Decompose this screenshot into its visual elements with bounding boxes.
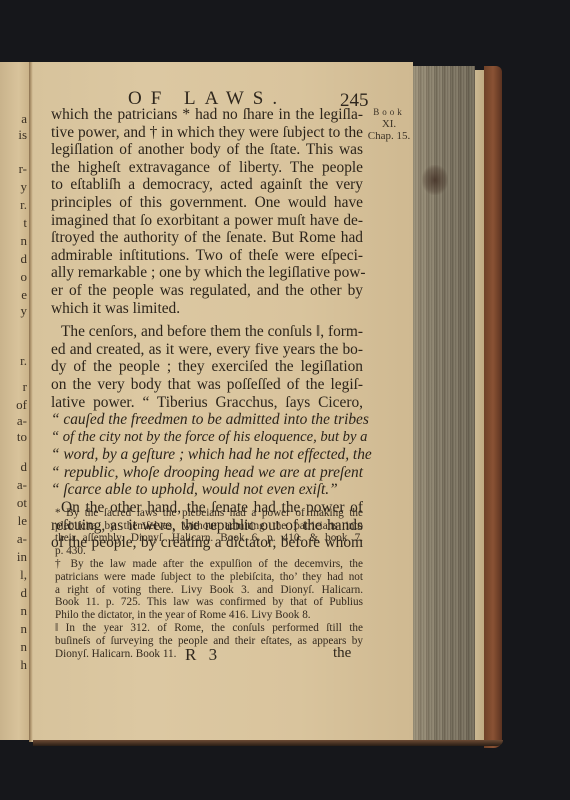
catchword: the [333, 645, 351, 662]
paragraph-1: which the patricians * had no ſhare in t… [51, 106, 363, 317]
prev-page-fragment: of [16, 398, 27, 411]
text-line: er of the people was regulated, and the … [51, 282, 363, 300]
prev-page-fragment: n [21, 622, 28, 635]
footnote-line: ‖ In the year 312. of Rome, the conſuls … [55, 622, 363, 635]
text-line: ſtroyed the authority of the ſenate. But… [51, 229, 363, 247]
prev-page-fragment: y [21, 180, 28, 193]
prev-page-fragment: r. [20, 354, 27, 367]
footnote-line: a right of voting there. Livy Book 3. an… [55, 584, 363, 597]
prev-page-fragment: y [21, 304, 28, 317]
prev-page-fragment: o [21, 270, 28, 283]
footnote-line: their aſſembly. Dionyſ. Halicarn. Book 6… [55, 532, 363, 545]
prev-page-fragment: ot [17, 496, 27, 509]
text-line: The cenſors, and before them the conſuls… [51, 323, 363, 341]
footnote-dagger: † By the law made after the expulſion of… [55, 558, 363, 621]
margin-chapter: Chap. 15. [366, 130, 412, 142]
text-line: tive power, and † in which they were ſub… [51, 124, 363, 142]
footnote-line: patricians were made ſubject to the pleb… [55, 571, 363, 584]
quote-line: “ ſcarce able to uphold, would not even … [51, 481, 363, 499]
book-scan-scene: a is r- y r. t n d o e y r. r of a- to d… [0, 0, 570, 800]
text-line: legiſlation of another body of the ſtate… [51, 141, 363, 159]
prev-page-fragment: is [18, 128, 27, 141]
prev-page-fragment: a- [17, 532, 27, 545]
text-line: dy of the people ; they exerciſed the le… [51, 358, 363, 376]
prev-page-fragment: a- [17, 478, 27, 491]
previous-page-edge: a is r- y r. t n d o e y r. r of a- to d… [0, 62, 31, 740]
footnote-line: Book 11. p. 725. This law was confirmed … [55, 596, 363, 609]
text-line: imagined that ſo exorbitant a power muſt… [51, 212, 363, 230]
prev-page-fragment: t [23, 216, 27, 229]
quote-line: “ republic, whoſe drooping head we are a… [51, 464, 363, 482]
text-line: principles of this government. One would… [51, 194, 363, 212]
running-head: OF LAWS. 245 [33, 88, 413, 108]
body-text: which the patricians * had no ſhare in t… [51, 106, 363, 552]
text-line: which the patricians * had no ſhare in t… [51, 106, 363, 124]
footnote-line: plebiſcita by themſelves, without admiti… [55, 520, 363, 533]
prev-page-fragment: n [21, 604, 28, 617]
margin-book-number: XI. [366, 118, 412, 130]
book-page: OF LAWS. 245 Book XI. Chap. 15. which th… [33, 62, 413, 740]
paragraph-2: The cenſors, and before them the conſuls… [51, 323, 363, 499]
footnotes: * By the ſacred laws the plebeians had a… [55, 507, 363, 661]
quote-line: “ of the city not by the force of his el… [51, 429, 363, 447]
prev-page-fragment: r [23, 380, 27, 393]
signature-mark: R 3 [185, 645, 221, 665]
quote-line: “ word, by a geſture ; which had he not … [51, 446, 363, 464]
text-line: ed and created, as it were, every five y… [51, 341, 363, 359]
text-line: ally remarkable ; one by which the legiſ… [51, 264, 363, 282]
leather-cover-edge [484, 66, 502, 748]
prev-page-fragment: le [18, 514, 27, 527]
margin-note: Book XI. Chap. 15. [366, 106, 412, 142]
text-line: the higheſt extravagance of liberty. The… [51, 159, 363, 177]
prev-page-fragment: a- [17, 414, 27, 427]
prev-page-fragment: e [21, 288, 27, 301]
text-line: which it was limited. [51, 300, 363, 318]
prev-page-fragment: d [21, 586, 28, 599]
prev-page-fragment: l, [20, 568, 27, 581]
prev-page-fragment: d [21, 460, 28, 473]
prev-page-fragment: n [21, 640, 28, 653]
fore-edge-stain [422, 165, 448, 195]
text-line: on the very body that was poſſeſſed of t… [51, 376, 363, 394]
footnote-line: Philo the dictator, in the year of Rome … [55, 609, 363, 622]
prev-page-fragment: r. [20, 198, 27, 211]
leather-cover-bottom [33, 740, 503, 746]
footnote-line: † By the law made after the expulſion of… [55, 558, 363, 571]
prev-page-fragment: to [17, 430, 27, 443]
footnote-line: p. 430. [55, 545, 363, 558]
prev-page-fragment: n [21, 234, 28, 247]
prev-page-fragment: a [21, 112, 27, 125]
prev-page-fragment: d [21, 252, 28, 265]
quote-line: “ cauſed the freedmen to be admitted int… [51, 411, 363, 429]
prev-page-fragment: h [21, 658, 28, 671]
text-line: lative power. “ Tiberius Gracchus, ſays … [51, 394, 363, 412]
footnote-line: * By the ſacred laws the plebeians had a… [55, 507, 363, 520]
text-line: to eſtabliſh a democracy, acted againſt … [51, 176, 363, 194]
prev-page-fragment: in [17, 550, 27, 563]
margin-book-label: Book [366, 106, 412, 118]
footnote-asterisk: * By the ſacred laws the plebeians had a… [55, 507, 363, 557]
text-line: admirable inſtitutions. Two of theſe wer… [51, 247, 363, 265]
prev-page-fragment: r- [19, 162, 27, 175]
